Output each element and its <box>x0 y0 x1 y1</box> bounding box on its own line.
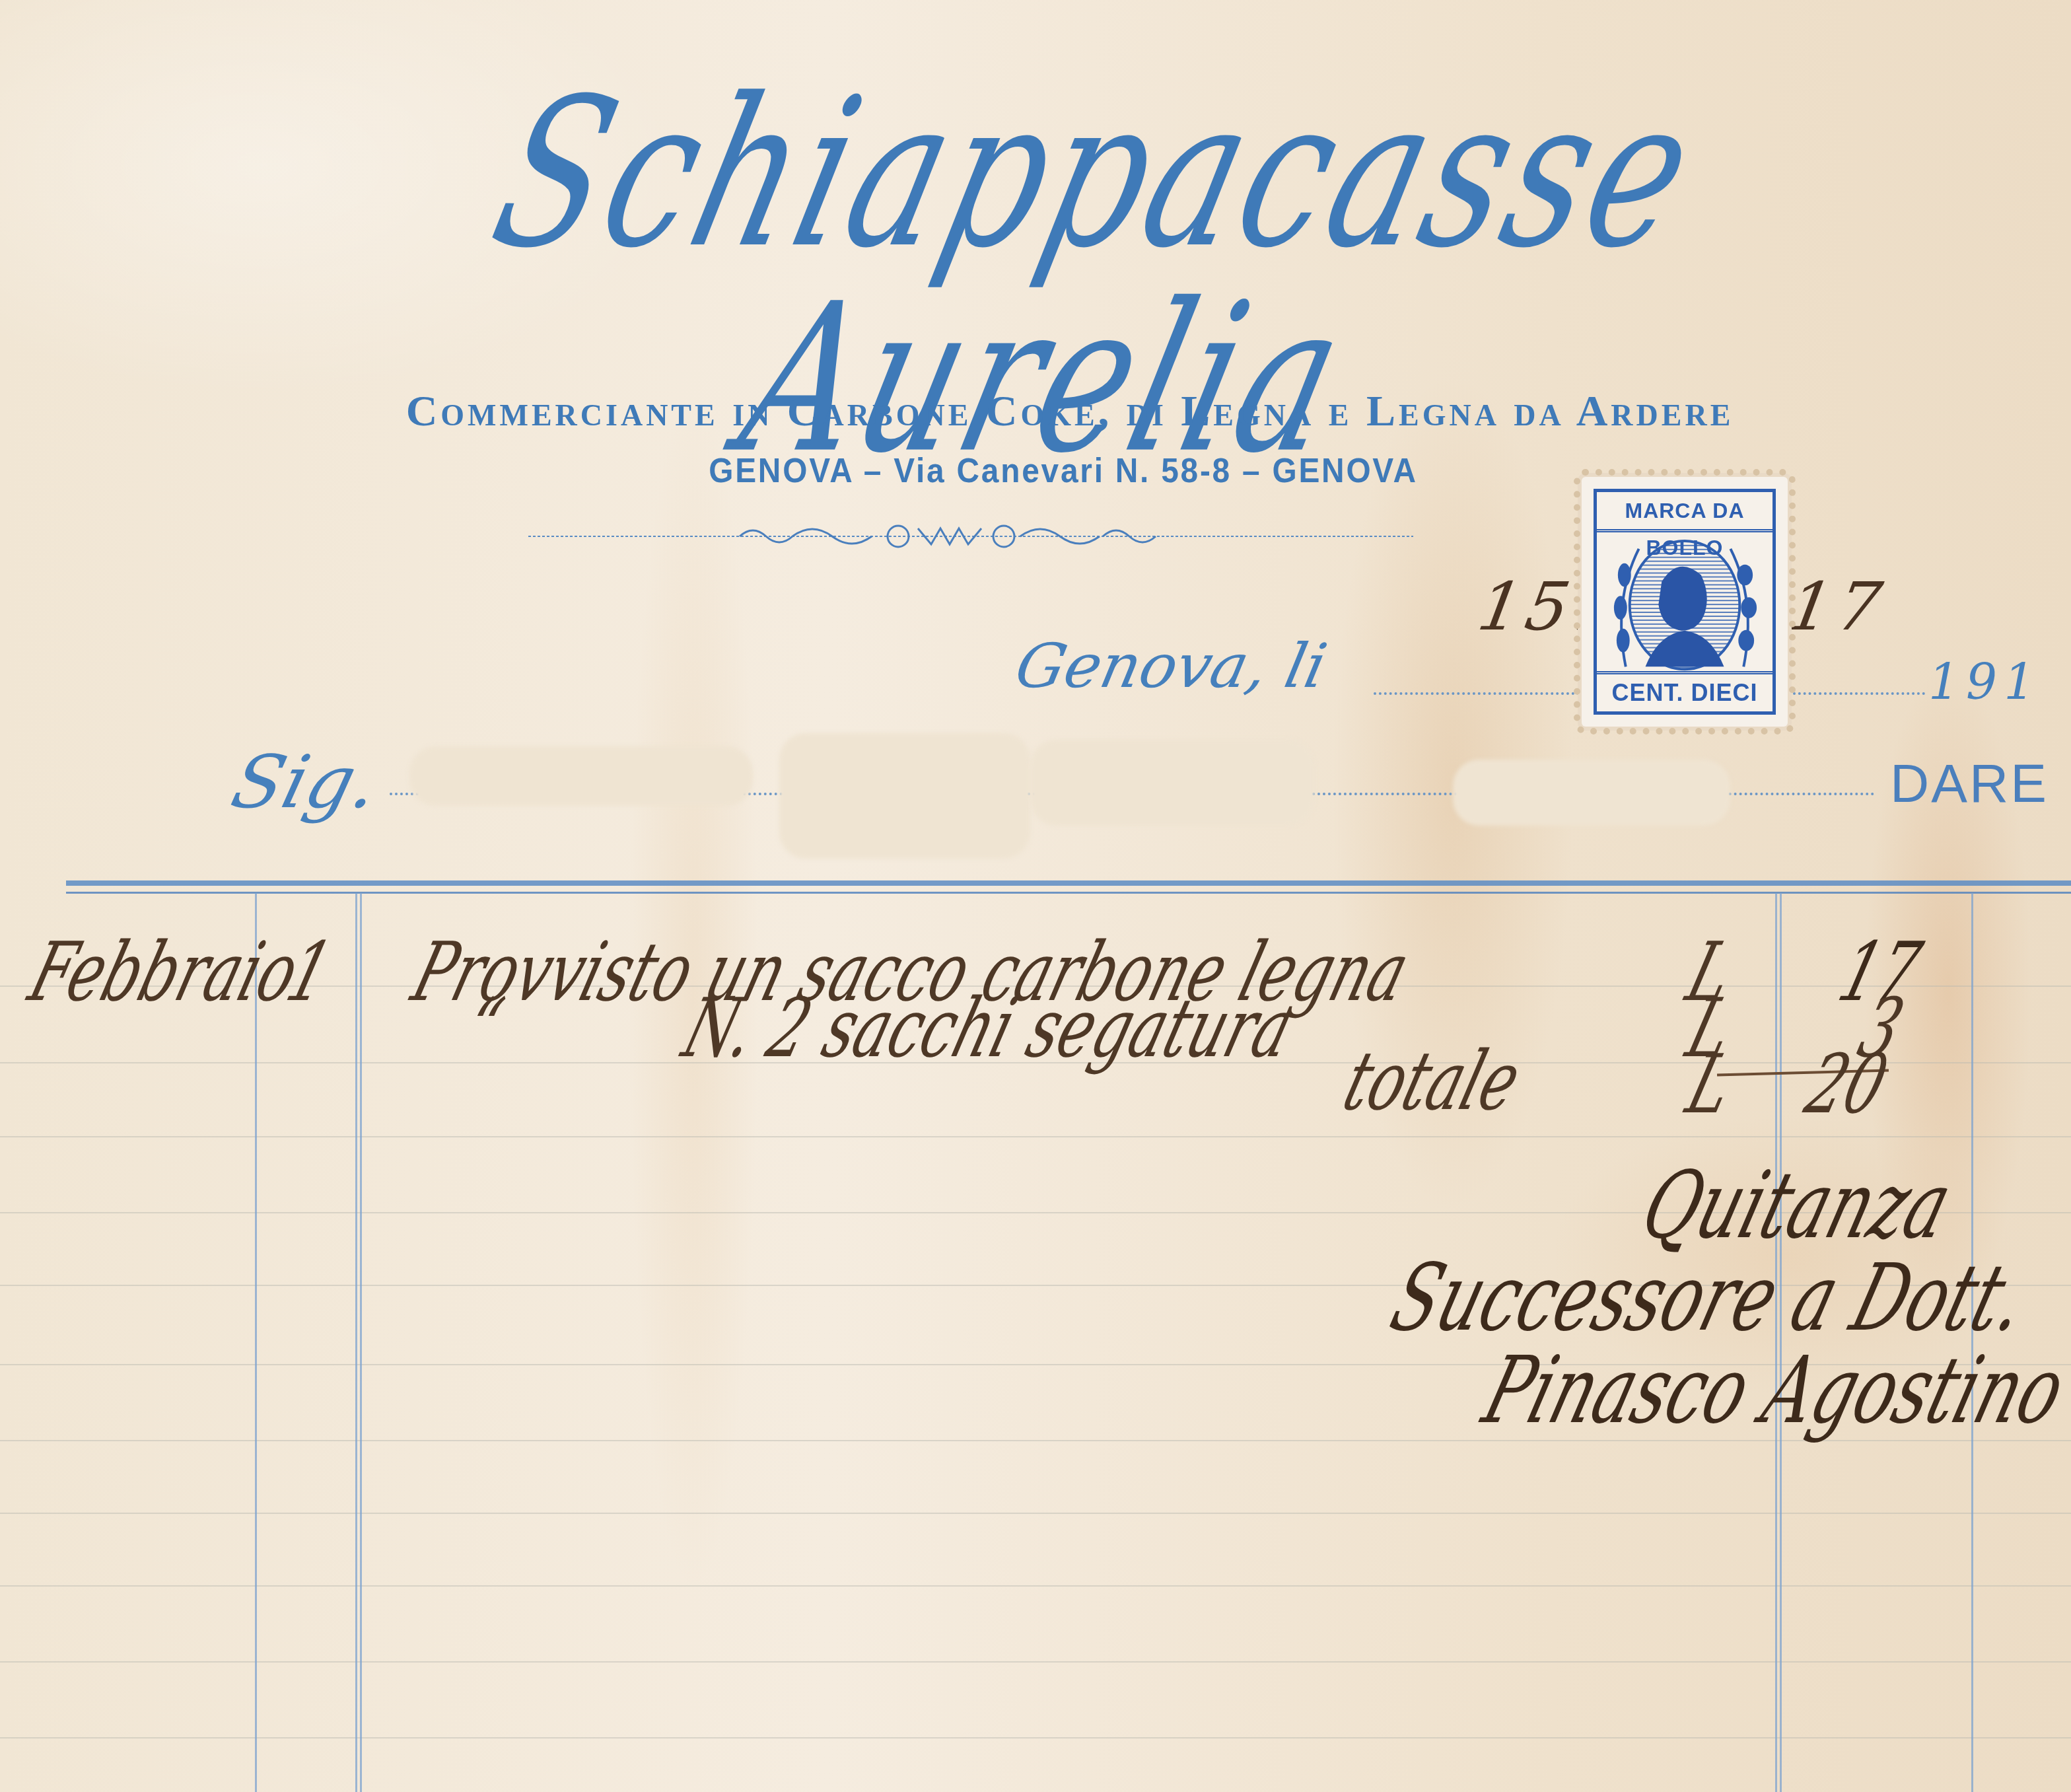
ledger-line <box>0 1737 2071 1738</box>
column-divider-day-b <box>360 893 362 1792</box>
stamp-header: MARCA DA BOLLO <box>1597 492 1773 532</box>
ledger-total-label: totale <box>1334 1033 1531 1128</box>
ornament-divider-icon <box>528 522 1413 548</box>
dare-column-label: DARE <box>1890 753 2049 815</box>
recipient-label: Sig. <box>224 740 388 824</box>
receipt-signature: Pinasco Agostino <box>1473 1336 2071 1445</box>
date-dotted-line <box>1374 692 1585 695</box>
revenue-stamp: MARCA DA BOLLO CENT. DIECI <box>1582 477 1788 727</box>
ledger-month: Febbraio <box>20 924 309 1019</box>
redacted-name-part-3 <box>1030 740 1314 826</box>
ledger-line <box>0 1661 2071 1663</box>
redacted-name-part-4 <box>1453 760 1730 826</box>
date-dotted-line-right <box>1793 692 1925 695</box>
stamp-value: CENT. DIECI <box>1597 671 1773 711</box>
ledger-line <box>0 1513 2071 1514</box>
redacted-name-part-2 <box>779 733 1030 859</box>
printed-year-prefix: 191 <box>1928 654 2041 711</box>
handwritten-year: 17 <box>1783 568 1894 645</box>
ledger-header-rule <box>66 880 2071 886</box>
column-divider-day-a <box>355 893 357 1792</box>
business-address: GENOVA – Via Canevari N. 58-8 – GENOVA <box>510 451 1616 491</box>
ledger-header-rule-thin <box>66 892 2071 894</box>
redacted-name-part-1 <box>409 746 753 806</box>
ledger-line <box>0 1585 2071 1587</box>
king-portrait-icon <box>1606 536 1763 673</box>
place-date-label: Genova, li <box>1010 631 1333 701</box>
column-divider-month <box>255 893 257 1792</box>
trade-description: Commerciante in Carbone Coke, di Legna e… <box>92 386 2047 437</box>
ledger-line <box>0 1136 2071 1137</box>
ledger-row-2-description: N. 2 sacchi segatura <box>674 980 1304 1075</box>
